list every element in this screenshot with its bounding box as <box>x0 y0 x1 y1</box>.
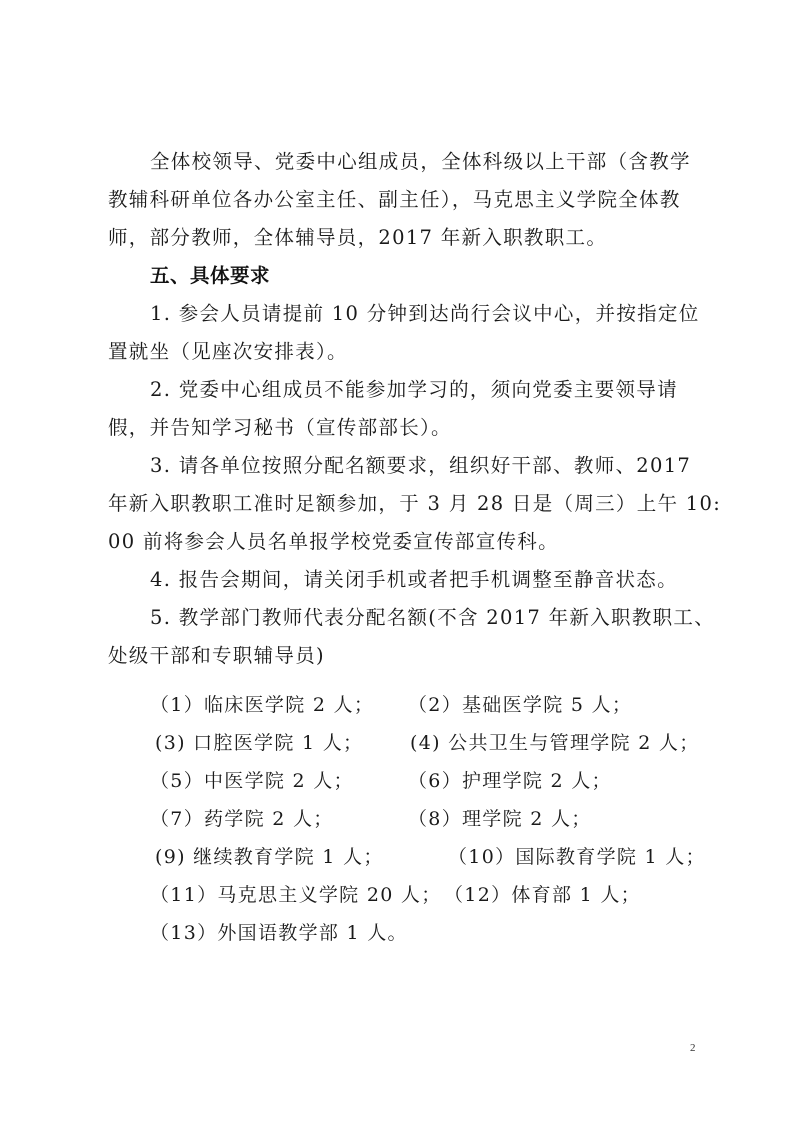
requirement-4-line-1: 4. 报告会期间，请关闭手机或者把手机调整至静音状态。 <box>150 568 678 592</box>
quota-item-5: （5）中医学院 2 人； <box>150 769 354 793</box>
quota-item-1: （1）临床医学院 2 人； <box>150 693 374 717</box>
quota-item-4: (4) 公共卫生与管理学院 2 人； <box>410 731 700 755</box>
quota-item-7: （7）药学院 2 人； <box>150 807 334 831</box>
requirement-2-line-1: 2. 党委中心组成员不能参加学习的，须向党委主要领导请 <box>150 378 678 402</box>
requirement-3-line-3: 00 前将参会人员名单报学校党委宣传部宣传科。 <box>108 530 559 554</box>
quota-item-12: （12）体育部 1 人； <box>444 883 641 907</box>
document-page: 全体校领导、党委中心组成员，全体科级以上干部（含教学 教辅科研单位各办公室主任、… <box>0 0 793 1122</box>
requirement-5-line-1: 5. 教学部门教师代表分配名额(不含 2017 年新入职教职工、 <box>150 606 715 630</box>
requirement-1-line-1: 1. 参会人员请提前 10 分钟到达尚行会议中心，并按指定位 <box>150 302 700 326</box>
intro-line-1: 全体校领导、党委中心组成员，全体科级以上干部（含教学 <box>150 150 691 174</box>
requirement-5-line-2: 处级干部和专职辅导员) <box>108 644 325 668</box>
requirement-1-line-2: 置就坐（见座次安排表）。 <box>108 340 348 364</box>
quota-item-3: (3) 口腔医学院 1 人； <box>155 731 363 755</box>
quota-item-2: （2）基础医学院 5 人； <box>408 693 632 717</box>
quota-item-6: （6）护理学院 2 人； <box>408 769 612 793</box>
page-number: 2 <box>690 1042 696 1054</box>
intro-line-3: 师，部分教师，全体辅导员，2017 年新入职教职工。 <box>108 226 607 250</box>
requirement-2-line-2: 假，并告知学习秘书（宣传部部长）。 <box>108 416 452 440</box>
quota-item-9: (9) 继续教育学院 1 人； <box>155 845 384 869</box>
quota-item-8: （8）理学院 2 人； <box>408 807 592 831</box>
requirement-3-line-2: 年新入职教职工准时足额参加，于 3 月 28 日是（周三）上午 10: <box>108 492 721 516</box>
quota-item-10: （10）国际教育学院 1 人； <box>448 845 706 869</box>
intro-line-2: 教辅科研单位各办公室主任、副主任），马克思主义学院全体教 <box>108 188 681 212</box>
quota-item-11: （11）马克思主义学院 20 人； <box>150 883 442 907</box>
requirement-3-line-1: 3. 请各单位按照分配名额要求，组织好干部、教师、2017 <box>150 454 691 478</box>
section-heading: 五、具体要求 <box>150 264 270 288</box>
quota-item-13: （13）外国语教学部 1 人。 <box>150 921 408 945</box>
